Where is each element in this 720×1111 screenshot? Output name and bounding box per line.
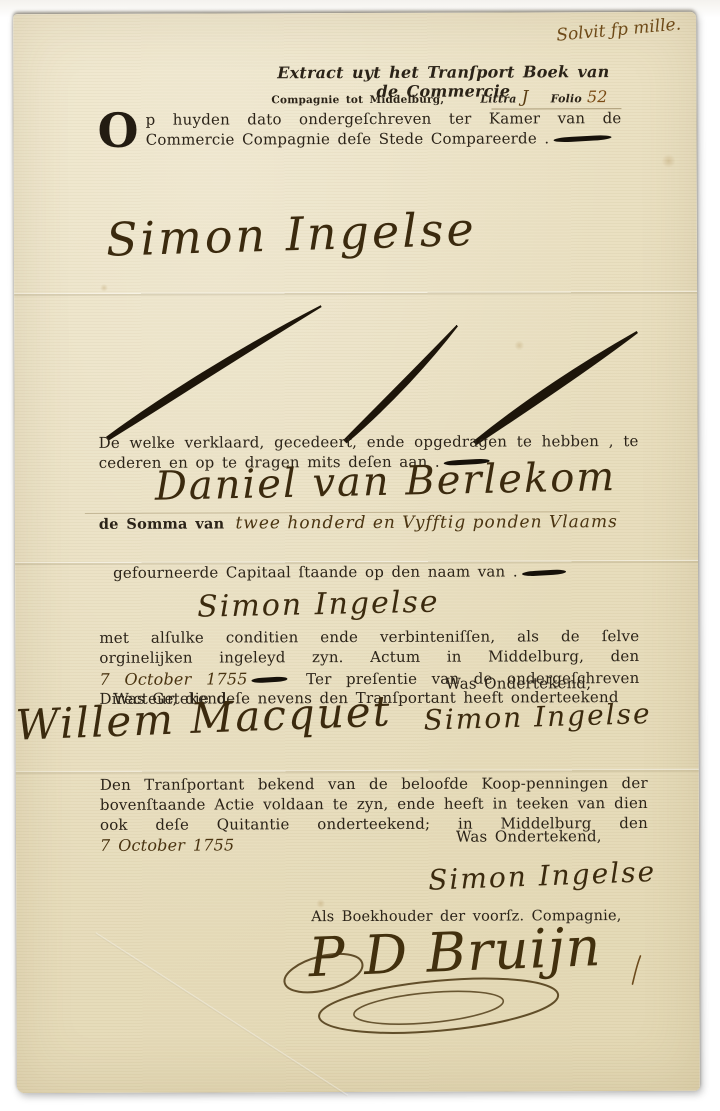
somma-value-handwritten: twee honderd en Vyfftig ponden Vlaams (235, 512, 617, 533)
paper-stain (662, 154, 676, 168)
receipt-date-handwritten: 7 October 1755 (100, 836, 234, 855)
littra-value: J (522, 87, 529, 107)
transferor-signature-2-handwritten: Simon Ingelse (428, 855, 657, 897)
transferor-signature-1-handwritten: Simon Ingelse (423, 697, 652, 737)
scan-background: Solvit ƒp mille. Extract uyt het Tranſpo… (0, 0, 720, 1111)
folio-value: 52 (587, 87, 607, 106)
capital-text: gefourneerde Capitaal ſtaande op den naa… (113, 562, 518, 581)
transferor-name-handwritten: Simon Ingelse (105, 202, 477, 267)
capital-name-handwritten: Simon Ingelse (197, 585, 440, 625)
director-signature-handwritten: Willem Macquet (15, 686, 393, 749)
pen-dash (522, 569, 566, 576)
paper-stain (100, 284, 108, 292)
conditions-part1: met alſulke conditien ende verbinteniſſe… (99, 627, 639, 667)
document-paper: Solvit ƒp mille. Extract uyt het Tranſpo… (13, 12, 700, 1093)
intro-dropcap: O (97, 114, 138, 150)
folio-label: Folio (551, 92, 582, 105)
was-ondertekend-label-2: Was Ondertekend, (456, 827, 602, 846)
actum-date-handwritten: 7 October 1755 (99, 669, 247, 689)
paper-stain (316, 899, 325, 908)
littra-label: Littra (480, 92, 516, 105)
header-subtitle: Compagnie tot Middelburg, (271, 94, 444, 107)
pen-dash (252, 676, 288, 683)
intro-paragraph: Op huyden dato ondergeſchreven ter Kamer… (97, 109, 621, 150)
transferee-name-handwritten: Daniel van Berlekom (154, 454, 616, 510)
cancellation-slashes (89, 297, 650, 447)
intro-text: p huyden dato ondergeſchreven ter Kamer … (146, 109, 622, 148)
pen-dash (553, 135, 611, 143)
receipt-part1: Den Tranſportant bekend van de beloofde … (100, 774, 648, 834)
somma-label: de Somma van (99, 515, 225, 532)
fold-crease (14, 291, 697, 296)
was-ondertekend-label-1: Was Ondertekend, (445, 674, 591, 693)
bookkeeper-signature-handwritten: P D Bruijn (307, 915, 602, 989)
annotation-solvit: Solvit ƒp mille. (556, 14, 682, 45)
pen-tick-mark (626, 952, 646, 988)
capital-line: gefourneerde Capitaal ſtaande op den naa… (113, 562, 570, 582)
